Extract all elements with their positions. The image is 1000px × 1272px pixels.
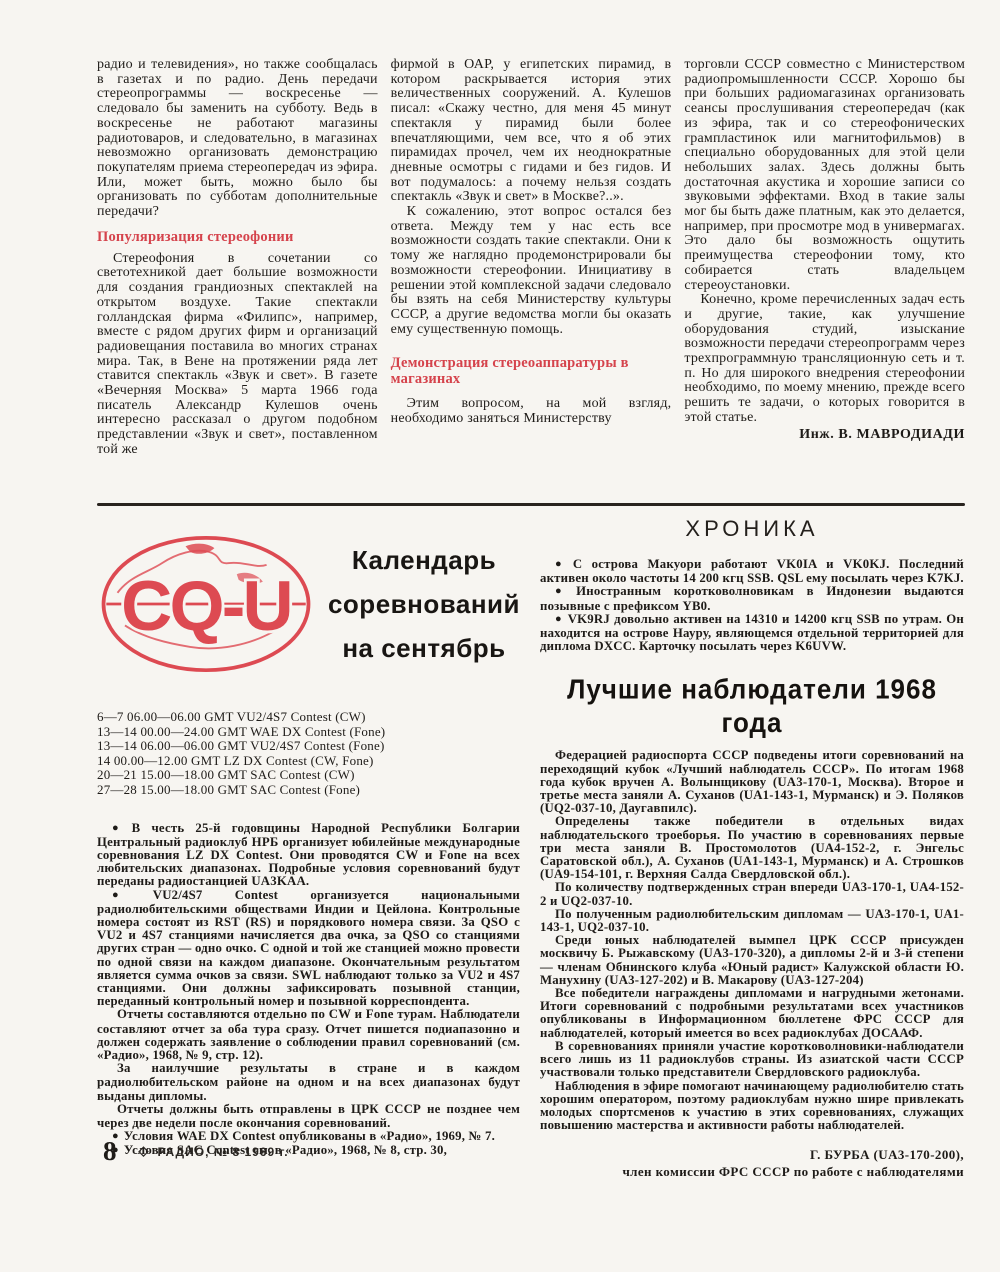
paragraph: Стереофония в сочетании со светотехникой… [97,252,378,458]
schedule-row: 6—7 06.00—06.00 GMT VU2/4S7 Contest (CW) [97,710,520,725]
page-footer: 8 ◇ РАДИО, № 8 1969 г. [103,1136,289,1167]
paragraph: К сожалению, этот вопрос остался без отв… [391,205,672,337]
contest-calendar-section: CQ-U Календарь соревнований на сентябрь … [97,520,520,1159]
observers-paragraph: Наблюдения в эфире помогают начинающему … [540,1080,964,1133]
chronicle-items: ●С острова Макуори работают VK0IA и VK0K… [540,558,964,653]
calendar-title-line: соревнований [328,582,520,626]
schedule-row: 27—28 15.00—18.00 GMT SAC Contest (Fone) [97,783,520,798]
observers-body: Федерацией радиоспорта СССР подведены ит… [540,749,964,1132]
signature-role: член комиссии ФРС СССР по работе с наблю… [540,1163,964,1180]
bullet-icon [112,1008,117,1020]
observers-paragraph: В соревнованиях приняли участие коротков… [540,1040,964,1080]
svg-text:CQ-U: CQ-U [121,567,291,646]
bullet-icon [112,1103,117,1115]
article-column-3: торговли СССР совместно с Министерством … [684,58,965,458]
bullet-icon: ● [112,822,132,834]
observers-signature: Г. БУРБА (UA3-170-200), член комиссии ФР… [540,1146,964,1180]
diamond-icon: ◇ [139,1143,150,1159]
right-column: ХРОНИКА ●С острова Макуори работают VK0I… [540,516,964,1180]
magazine-page: радио и телевидения», но также сообщалас… [0,0,1000,1272]
note-item: За наилучшие результаты в стране и в каж… [97,1062,520,1103]
chronicle-item: ●С острова Макуори работают VK0IA и VK0K… [540,558,964,585]
calendar-title-line: на сентябрь [328,626,520,670]
note-item: Отчеты составляются отдельно по CW и Fon… [97,1008,520,1062]
schedule-row: 13—14 00.00—24.00 GMT WAE DX Contest (Fo… [97,725,520,740]
note-item: Отчеты должны быть отправлены в ЦРК СССР… [97,1103,520,1130]
cq-u-globe-logo-icon: CQ-U [97,522,316,687]
paragraph: Этим вопросом, на мой взгляд, необходимо… [391,397,672,426]
schedule-row: 13—14 06.00—06.00 GMT VU2/4S7 Contest (F… [97,739,520,754]
paragraph: Конечно, кроме перечисленных задач есть … [684,293,965,425]
calendar-title: Календарь соревнований на сентябрь [328,538,520,670]
signature-name: Г. БУРБА (UA3-170-200), [540,1146,964,1163]
calendar-notes: ●В честь 25-й годовщины Народной Республ… [97,822,520,1159]
calendar-title-line: Календарь [328,538,520,582]
bullet-icon: ● [555,585,576,597]
chronicle-item: ●VK9RJ довольно активен на 14310 и 14200… [540,613,964,654]
section-heading-popularization: Популяризация стереофонии [97,229,378,245]
observers-paragraph: Федерацией радиоспорта СССР подведены ит… [540,749,964,815]
observers-paragraph: Все победители награждены дипломами и на… [540,987,964,1040]
section-heading-demonstration: Демонстрация стереоаппаратуры в магазина… [391,355,672,387]
observers-paragraph: Среди юных наблюдателей вымпел ЦРК СССР … [540,934,964,987]
schedule-row: 14 00.00—12.00 GMT LZ DX Contest (CW, Fo… [97,754,520,769]
note-item: ●В честь 25-й годовщины Народной Республ… [97,822,520,889]
chronicle-item: ●Иностранным коротковолновикам в Индонез… [540,585,964,612]
calendar-header: CQ-U Календарь соревнований на сентябрь [97,520,520,688]
observers-paragraph: По количеству подтвержденных стран впере… [540,881,964,907]
contest-schedule: 6—7 06.00—06.00 GMT VU2/4S7 Contest (CW)… [97,710,520,798]
observers-paragraph: По полученным радиолюбительским дипломам… [540,908,964,934]
imprint: ◇ РАДИО, № 8 1969 г. [139,1144,289,1160]
paragraph: торговли СССР совместно с Министерством … [684,58,965,293]
schedule-row: 20—21 15.00—18.00 GMT SAC Contest (CW) [97,768,520,783]
bullet-icon: ● [112,889,153,901]
paragraph: радио и телевидения», но также сообщалас… [97,58,378,220]
observers-title: Лучшие наблюдатели 1968 года [540,673,964,740]
paragraph: фирмой в ОАР, у египетских пирамид, в ко… [391,58,672,205]
observers-paragraph: Определены также победители в отдельных … [540,815,964,881]
article-column-1: радио и телевидения», но также сообщалас… [97,58,378,458]
imprint-text: РАДИО, № 8 1969 г. [158,1145,289,1159]
bullet-icon: ● [555,613,568,625]
horizontal-rule [97,503,965,506]
page-number: 8 [103,1136,117,1167]
article-signature: Инж. В. МАВРОДИАДИ [684,428,965,443]
chronicle-title: ХРОНИКА [540,516,964,542]
stereo-article: радио и телевидения», но также сообщалас… [97,58,965,458]
bullet-icon [112,1062,117,1074]
article-column-2: фирмой в ОАР, у египетских пирамид, в ко… [391,58,672,458]
bullet-icon: ● [555,558,573,570]
note-item: ●VU2/4S7 Contest организуется национальн… [97,889,520,1009]
